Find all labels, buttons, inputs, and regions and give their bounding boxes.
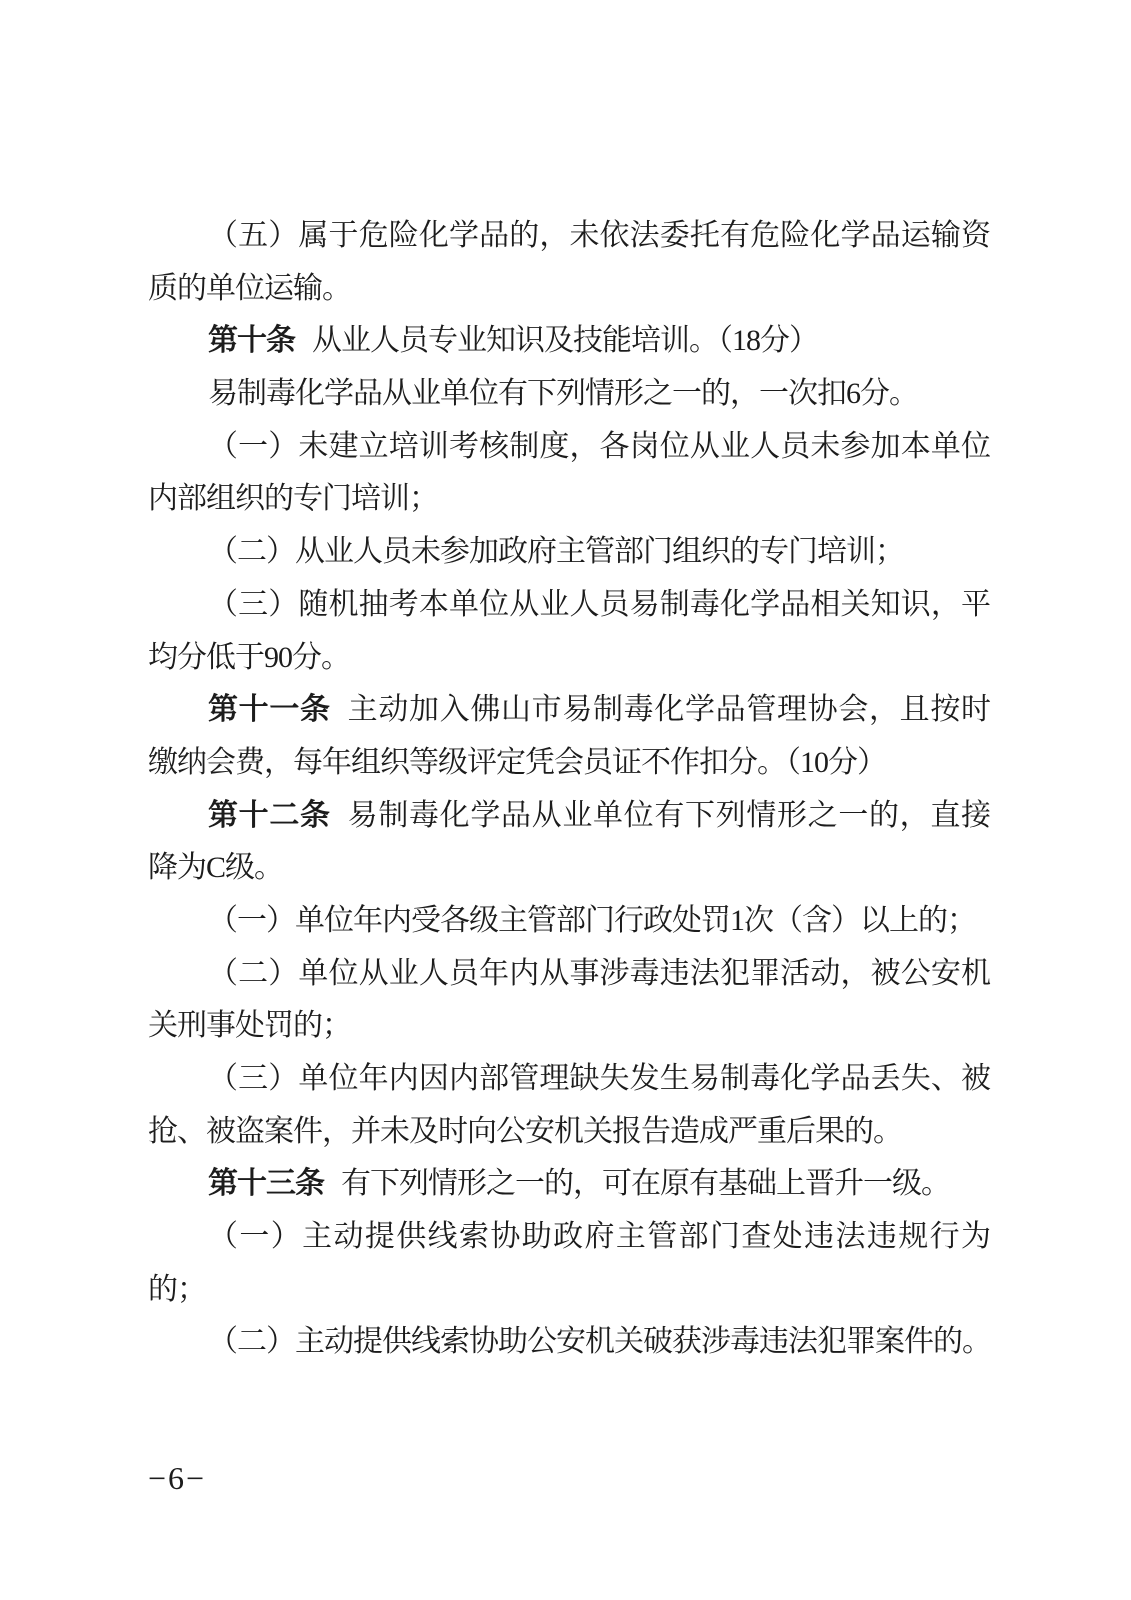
line-text: 的； (148, 1273, 206, 1306)
text-line: 降为C级。 (148, 842, 990, 895)
text-block: （五）属于危险化学品的，未依法委托有危险化学品运输资质的单位运输。第十条从业人员… (148, 210, 990, 1369)
line-text: （一）未建立培训考核制度，各岗位从业人员未参加本单位 (208, 430, 990, 463)
line-text: 易制毒化学品从业单位有下列情形之一的，直接 (348, 799, 990, 832)
text-line: （二）从业人员未参加政府主管部门组织的专门培训； (148, 526, 990, 579)
line-text: （二）单位从业人员年内从事涉毒违法犯罪活动，被公安机 (208, 957, 990, 990)
text-line: （五）属于危险化学品的，未依法委托有危险化学品运输资 (148, 210, 990, 263)
line-text: 关刑事处罚的； (148, 1009, 351, 1042)
line-text: 降为C级。 (148, 851, 283, 884)
article-heading: 第十条 (208, 324, 295, 357)
line-text: 均分低于90分。 (148, 641, 350, 674)
text-line: （一）主动提供线索协助政府主管部门查处违法违规行为 (148, 1211, 990, 1264)
text-line: （一）未建立培训考核制度，各岗位从业人员未参加本单位 (148, 421, 990, 474)
text-line: 第十二条易制毒化学品从业单位有下列情形之一的，直接 (148, 790, 990, 843)
text-line: 的； (148, 1264, 990, 1317)
text-line: 缴纳会费，每年组织等级评定凭会员证不作扣分。（10分） (148, 737, 990, 790)
text-line: 均分低于90分。 (148, 632, 990, 685)
line-text: 主动加入佛山市易制毒化学品管理协会，且按时 (348, 693, 990, 726)
line-text: 易制毒化学品从业单位有下列情形之一的，一次扣6分。 (208, 377, 918, 410)
line-text: （一）单位年内受各级主管部门行政处罚1次（含）以上的； (208, 904, 976, 937)
line-text: （三）随机抽考本单位从业人员易制毒化学品相关知识，平 (208, 588, 990, 621)
line-text: （二）从业人员未参加政府主管部门组织的专门培训； (208, 535, 904, 568)
text-line: 关刑事处罚的； (148, 1000, 990, 1053)
text-line: 质的单位运输。 (148, 263, 990, 316)
text-line: 易制毒化学品从业单位有下列情形之一的，一次扣6分。 (148, 368, 990, 421)
text-line: （三）随机抽考本单位从业人员易制毒化学品相关知识，平 (148, 579, 990, 632)
document-page: （五）属于危险化学品的，未依法委托有危险化学品运输资质的单位运输。第十条从业人员… (0, 0, 1131, 1600)
line-text: （一）主动提供线索协助政府主管部门查处违法违规行为 (208, 1220, 990, 1253)
line-text: （二）主动提供线索协助公安机关破获涉毒违法犯罪案件的。 (208, 1325, 991, 1358)
line-text: 抢、被盗案件，并未及时向公安机关报告造成严重后果的。 (148, 1115, 902, 1148)
line-text: （三）单位年内因内部管理缺失发生易制毒化学品丢失、被 (208, 1062, 990, 1095)
text-line: 抢、被盗案件，并未及时向公安机关报告造成严重后果的。 (148, 1106, 990, 1159)
article-heading: 第十二条 (208, 799, 331, 832)
text-line: 第十条从业人员专业知识及技能培训。（18分） (148, 315, 990, 368)
article-heading: 第十三条 (208, 1167, 324, 1200)
text-line: （一）单位年内受各级主管部门行政处罚1次（含）以上的； (148, 895, 990, 948)
text-line: （二）主动提供线索协助公安机关破获涉毒违法犯罪案件的。 (148, 1316, 990, 1369)
article-heading: 第十一条 (208, 693, 331, 726)
text-line: 第十三条有下列情形之一的，可在原有基础上晋升一级。 (148, 1158, 990, 1211)
line-text: 有下列情形之一的，可在原有基础上晋升一级。 (341, 1167, 950, 1200)
page-number: −6− (148, 1460, 206, 1497)
text-line: （三）单位年内因内部管理缺失发生易制毒化学品丢失、被 (148, 1053, 990, 1106)
line-text: 质的单位运输。 (148, 272, 351, 305)
line-text: 从业人员专业知识及技能培训。（18分） (312, 324, 818, 357)
line-text: 缴纳会费，每年组织等级评定凭会员证不作扣分。（10分） (148, 746, 886, 779)
text-line: （二）单位从业人员年内从事涉毒违法犯罪活动，被公安机 (148, 948, 990, 1001)
line-text: 内部组织的专门培训； (148, 482, 438, 515)
line-text: （五）属于危险化学品的，未依法委托有危险化学品运输资 (208, 219, 990, 252)
text-line: 内部组织的专门培训； (148, 473, 990, 526)
text-line: 第十一条主动加入佛山市易制毒化学品管理协会，且按时 (148, 684, 990, 737)
